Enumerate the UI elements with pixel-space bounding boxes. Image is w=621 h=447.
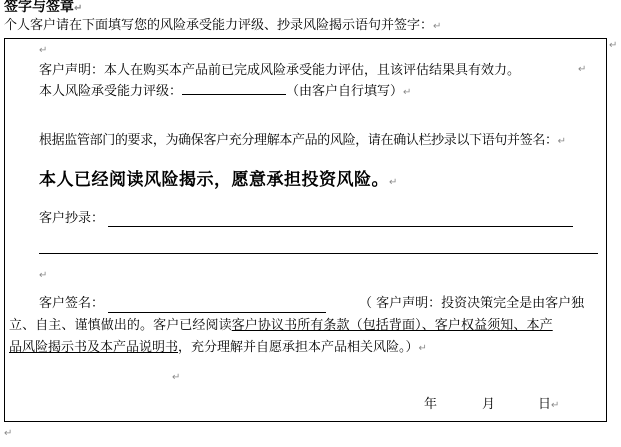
signature-note-line1: （ 客户声明：投资决策完全是由客户独 [359,296,584,312]
signature-field-line[interactable] [108,312,326,313]
paragraph-mark-icon: ↵ [4,428,12,439]
transcription-label: 客户抄录： [39,211,104,226]
date-day-label: 日↵ [538,397,559,414]
transcription-row: 客户抄录： [39,211,104,227]
paragraph-mark-icon: ↵ [433,21,441,32]
risk-rating-label: 本人风险承受能力评级： [39,84,182,99]
signature-note-line2: 立、自主、谨慎做出的。客户已经阅读客户协议书所有条款（包括背面）、客户权益须知、… [9,318,553,334]
section-title: 签字与签章↵ [4,0,82,17]
paragraph-mark-icon: ↵ [558,136,566,147]
paragraph-mark-icon: ↵ [39,45,47,56]
risk-rating-field[interactable] [182,82,286,95]
date-year-label: 年 [424,397,437,413]
paragraph-mark-icon: ↵ [172,372,180,383]
instruction-text: 个人客户请在下面填写您的风险承受能力评级、抄录风险揭示语句并签字：↵ [4,18,441,35]
regulatory-text: 根据监管部门的要求，为确保客户充分理解本产品的风险，请在确认栏抄录以下语句并签名… [39,133,566,150]
paragraph-mark-icon: ↵ [551,400,559,411]
paragraph-mark-icon: ↵ [419,343,427,354]
paragraph-mark-icon: ↵ [389,177,398,188]
paragraph-mark-icon: ↵ [74,3,82,14]
signature-note-line3: 品风险揭示书及本产品说明书，充分理解并自愿承担本产品相关风险。）↵ [9,340,427,357]
transcription-field-line-2[interactable] [39,253,598,254]
prospectus-reference: 品风险揭示书及本产品说明书 [9,340,178,355]
transcription-field-line-1[interactable] [108,226,573,227]
agreement-reference: 客户协议书所有条款（包括背面）、客户权益须知、本产 [232,318,553,333]
signature-label: 客户签名： [39,296,104,311]
paragraph-mark-icon: ↵ [403,87,411,98]
customer-declaration: 客户声明：本人在购买本产品前已完成风险承受能力评估，且该评估结果具有效力。 [39,63,520,79]
risk-statement: 本人已经阅读风险揭示，愿意承担投资风险。↵ [39,170,398,193]
risk-rating-note: （由客户自行填写） [286,84,403,99]
risk-rating-row: 本人风险承受能力评级：（由客户自行填写）↵ [39,82,411,101]
paragraph-mark-icon: ↵ [609,40,617,51]
date-month-label: 月 [482,397,495,413]
paragraph-mark-icon: ↵ [39,270,47,281]
paragraph-mark-icon: ↵ [578,64,586,75]
signature-row: 客户签名： [39,296,104,312]
